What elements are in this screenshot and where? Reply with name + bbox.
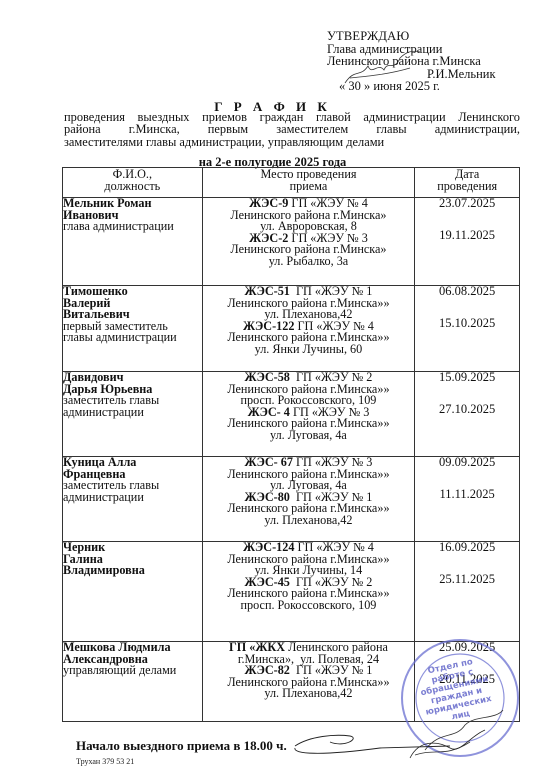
reception-date: 11.11.2025: [415, 489, 519, 501]
signature-icon: [340, 48, 430, 88]
table-row: ТимошенкоВалерийВитальевичпервый замести…: [63, 286, 520, 372]
place-address: ул. Янки Лучины, 60: [203, 344, 415, 356]
person-cell: ДавидовичДарья Юрьевназаместитель главыа…: [63, 372, 203, 457]
reception-date: 27.10.2025: [415, 404, 519, 416]
person-cell: Куница АллаФранцевназаместитель главыадм…: [63, 457, 203, 542]
person-cell: Мельник РоманИвановичглава администрации: [63, 198, 203, 286]
person-position: администрации: [63, 492, 202, 504]
reception-start-note: Начало выездного приема в 18.00 ч.: [76, 738, 287, 754]
approval-heading: УТВЕРЖДАЮ: [327, 30, 496, 43]
date-cell: 16.09.202525.11.2025: [415, 542, 520, 642]
place-address: ул. Плеханова,42: [203, 688, 415, 700]
place-cell: ЖЭС-51 ГП «ЖЭУ № 1Ленинского района г.Ми…: [202, 286, 415, 372]
header-text: должность: [63, 181, 202, 193]
reception-date: 19.11.2025: [415, 230, 519, 242]
header-date: Дата проведения: [415, 168, 520, 198]
date-cell: 09.09.202511.11.2025: [415, 457, 520, 542]
place-address: ул. Луговая, 4а: [203, 430, 415, 442]
header-text: проведения: [415, 181, 519, 193]
person-position: управляющий делами: [63, 665, 202, 677]
table-row: Куница АллаФранцевназаместитель главыадм…: [63, 457, 520, 542]
reception-date: 23.07.2025: [415, 198, 519, 210]
date-cell: 15.09.202527.10.2025: [415, 372, 520, 457]
reception-date: 15.10.2025: [415, 318, 519, 330]
table-row: ЧерникГалинаВладимировнаЖЭС-124 ГП «ЖЭУ …: [63, 542, 520, 642]
date-cell: 23.07.202519.11.2025: [415, 198, 520, 286]
place-cell: ГП «ЖКХ Ленинского районаг.Минска», ул. …: [202, 642, 415, 722]
place-address: просп. Рокоссовского, 109: [203, 600, 415, 612]
place-cell: ЖЭС-58 ГП «ЖЭУ № 2Ленинского района г.Ми…: [202, 372, 415, 457]
contact-note: Трухан 379 53 21: [76, 757, 134, 766]
person-position: администрации: [63, 407, 202, 419]
reception-date: 25.11.2025: [415, 574, 519, 586]
header-text: приема: [203, 181, 415, 193]
reception-date: 20.11.2025: [415, 674, 519, 686]
date-cell: 06.08.202515.10.2025: [415, 286, 520, 372]
table-header-row: Ф.И.О., должность Место проведения прием…: [63, 168, 520, 198]
reception-date: 09.09.2025: [415, 457, 519, 469]
intro-line-3: заместителями главы администрации, управ…: [64, 136, 520, 148]
signature-icon: [290, 728, 490, 763]
header-name: Ф.И.О., должность: [63, 168, 203, 198]
reception-date: 15.09.2025: [415, 372, 519, 384]
table-row: Мельник РоманИвановичглава администрации…: [63, 198, 520, 286]
person-cell: ЧерникГалинаВладимировна: [63, 542, 203, 642]
document-intro: проведения выездных приемов граждан глав…: [64, 111, 520, 148]
table-row: ДавидовичДарья Юрьевназаместитель главыа…: [63, 372, 520, 457]
reception-date: 06.08.2025: [415, 286, 519, 298]
place-address: ул. Плеханова,42: [203, 515, 415, 527]
place-cell: ЖЭС-9 ГП «ЖЭУ № 4Ленинского района г.Мин…: [202, 198, 415, 286]
table-row: Мешкова ЛюдмилаАлександровнауправляющий …: [63, 642, 520, 722]
reception-date: 25.09.2025: [415, 642, 519, 654]
person-cell: ТимошенкоВалерийВитальевичпервый замести…: [63, 286, 203, 372]
schedule-table: Ф.И.О., должность Место проведения прием…: [62, 167, 520, 722]
date-cell: 25.09.202520.11.2025: [415, 642, 520, 722]
person-position: глава администрации: [63, 221, 202, 233]
person-position: главы администрации: [63, 332, 202, 344]
place-address: ул. Рыбалко, 3а: [203, 256, 415, 268]
intro-line-2: района г.Минска, первым заместителем гла…: [64, 123, 520, 135]
reception-date: 16.09.2025: [415, 542, 519, 554]
place-cell: ЖЭС- 67 ГП «ЖЭУ № 3Ленинского района г.М…: [202, 457, 415, 542]
person-cell: Мешкова ЛюдмилаАлександровнауправляющий …: [63, 642, 203, 722]
person-name: Владимировна: [63, 565, 202, 577]
header-place: Место проведения приема: [202, 168, 415, 198]
place-cell: ЖЭС-124 ГП «ЖЭУ № 4Ленинского района г.М…: [202, 542, 415, 642]
